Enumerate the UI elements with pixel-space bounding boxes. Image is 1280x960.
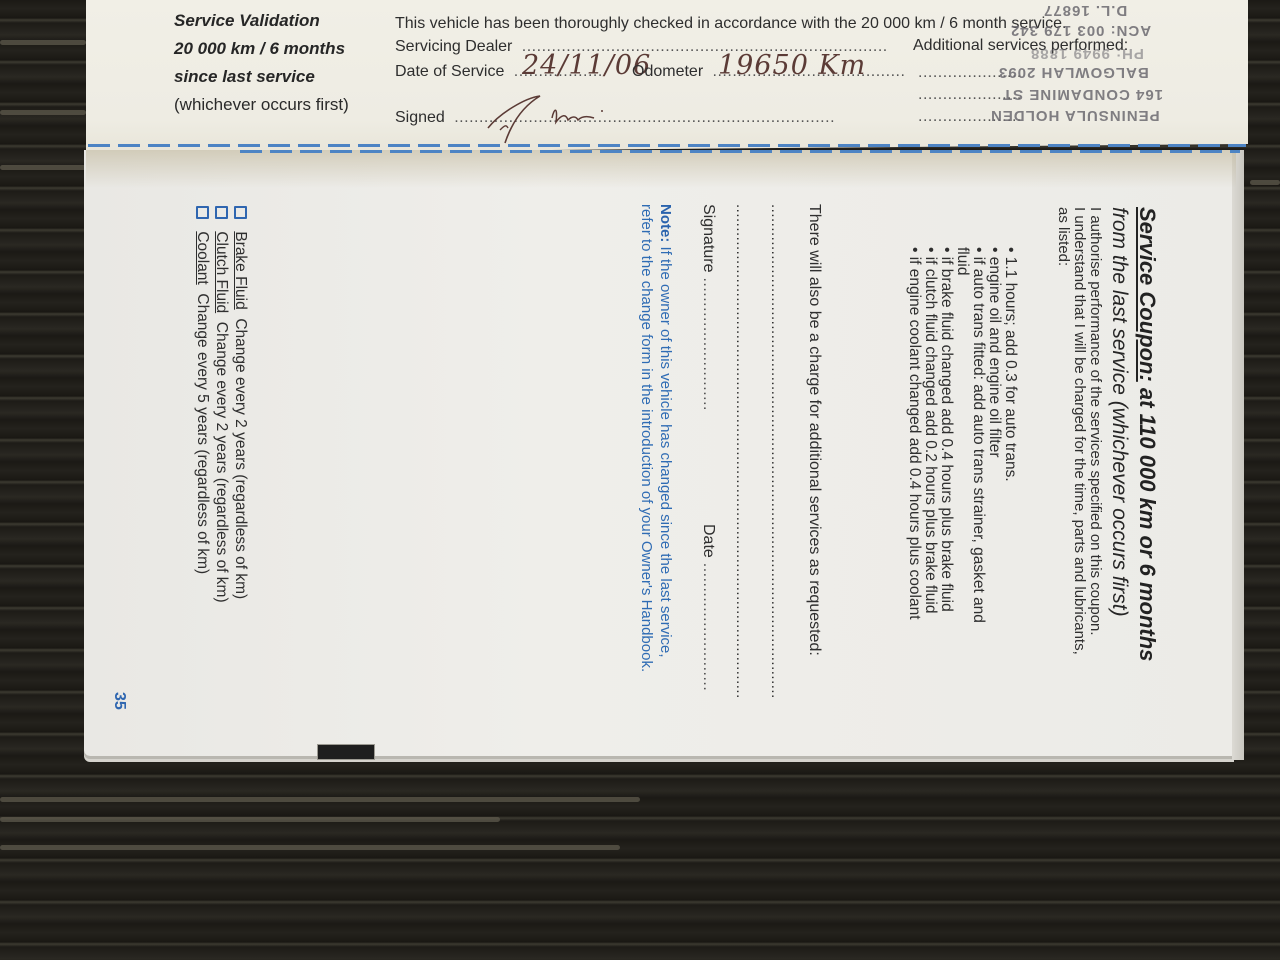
dealer-stamp-line: D.L. 16877 [1043, 2, 1127, 19]
coupon-item: • engine oil and engine oil filter [986, 247, 1002, 458]
validation-since: since last service [174, 67, 315, 87]
coupon-title-rest: at 110 000 km or 6 months [1135, 382, 1160, 662]
wood-grain [1250, 180, 1280, 185]
page-number: 35 [110, 692, 128, 710]
additional-request-line-1[interactable]: ........................................… [768, 204, 785, 699]
coupon-item: fluid [954, 247, 970, 275]
date-label: Date [700, 524, 717, 558]
odometer-label: Odometer [632, 63, 703, 80]
additional-request-line-2[interactable]: ........................................… [733, 204, 750, 699]
dealer-stamp-line: PH: 9949 1888 [1030, 45, 1144, 62]
page-edge [1232, 150, 1244, 760]
checkbox-clutch-fluid[interactable] [215, 206, 228, 219]
validation-interval: 20 000 km / 6 months [174, 39, 345, 59]
servicing-dealer-label: Servicing Dealer [395, 38, 512, 55]
coupon-title-underlined: Service Coupon: [1135, 207, 1160, 382]
authorise-line-3: as listed: [1055, 207, 1072, 266]
perforation-line [88, 144, 1246, 147]
dealer-stamp-line: ACN: 003 179 342 [1010, 22, 1151, 39]
checklist-item-name: Clutch Fluid [213, 231, 230, 313]
authorise-line-1: I authorise performance of the services … [1087, 207, 1104, 636]
authorise-line-2: I understand that I will be charged for … [1071, 207, 1088, 655]
coupon-item: • if auto trans fitted: add auto trans s… [970, 247, 986, 623]
coupon-item: • if clutch fluid changed add 0.2 hours … [922, 247, 938, 613]
wood-grain [0, 797, 640, 802]
wood-grain [0, 110, 86, 115]
coupon-item: • 1.1 hours; add 0.3 for auto trans. [1002, 247, 1018, 482]
coupon-item: • if brake fluid changed add 0.4 hours p… [938, 247, 954, 612]
signature-label: Signature [700, 204, 717, 273]
wood-grain [0, 817, 500, 822]
date-field[interactable]: Date .......................... [700, 524, 717, 691]
coupon-item: • if engine coolant changed add 0.4 hour… [906, 247, 922, 620]
note-label: Note: [657, 204, 674, 242]
ownership-note-line-2: refer to the change form in the introduc… [637, 204, 655, 672]
checkbox-brake-fluid[interactable] [234, 206, 247, 219]
coupon-subtitle: from the last service (whichever occurs … [1107, 207, 1131, 617]
checklist-clutch-fluid[interactable]: Clutch Fluid Change every 2 years (regar… [213, 206, 229, 603]
additional-charge-text: There will also be a charge for addition… [806, 204, 823, 656]
checklist-item-name: Coolant [194, 231, 211, 284]
validation-statement: This vehicle has been thoroughly checked… [395, 15, 1066, 33]
validation-title: Service Validation [174, 11, 320, 31]
perforation-line [240, 150, 1240, 153]
validation-qualifier: (whichever occurs first) [174, 95, 349, 115]
signature-field[interactable]: Signature ........................... [700, 204, 717, 441]
ownership-note-line-1: Note: If the owner of this vehicle has c… [656, 204, 674, 658]
signature-scribble [470, 88, 630, 148]
section-tab-marker [317, 744, 375, 760]
tear-fold-shadow [86, 150, 1236, 188]
coupon-title: Service Coupon: at 110 000 km or 6 month… [1134, 207, 1160, 661]
wood-grain [0, 845, 620, 850]
checklist-coolant[interactable]: Coolant Change every 5 years (regardless… [194, 206, 210, 574]
checklist-brake-fluid[interactable]: Brake Fluid Change every 2 years (regard… [232, 206, 248, 599]
dealer-stamp-line: PENINSULA HOLDEN [990, 107, 1160, 124]
dealer-stamp-line: BALGOWLAH 2093 [998, 64, 1149, 81]
checklist-item-name: Brake Fluid [232, 231, 249, 309]
dealer-stamp-line: 164 CONDAMINE ST [1002, 86, 1163, 103]
checkbox-coolant[interactable] [196, 206, 209, 219]
wood-grain [0, 165, 86, 170]
odometer-value: 19650 Km [718, 50, 866, 81]
wood-grain [0, 40, 86, 45]
signed-label: Signed [395, 109, 445, 126]
date-of-service-label: Date of Service [395, 63, 504, 80]
